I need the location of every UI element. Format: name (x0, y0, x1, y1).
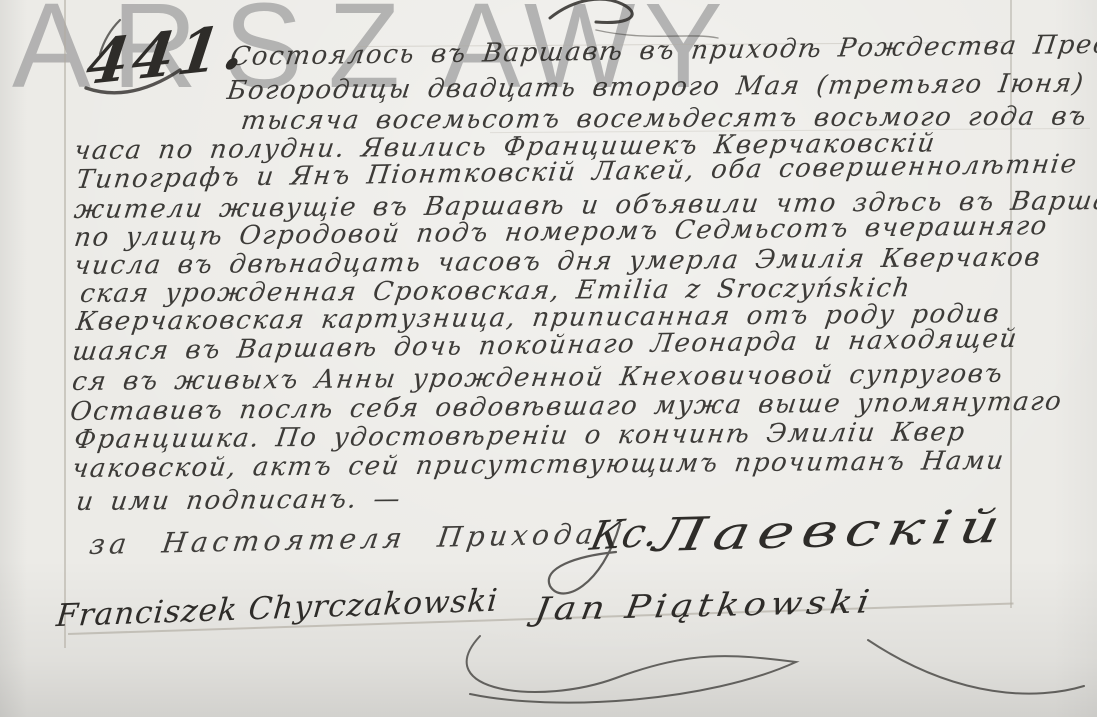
priest-signature: Лаевскій (650, 499, 1012, 562)
manuscript-line: и ими подписанъ. — (75, 486, 403, 515)
attestation-prefix: за Настоятеля Прихода (87, 517, 599, 561)
manuscript-line: чаковской, актъ сей присутствующимъ проч… (71, 448, 1007, 482)
margin-rule-left (64, 0, 66, 648)
scanned-record-page: A R S Z A W Y 441. Состоялось въ Варшавѣ… (0, 0, 1097, 717)
manuscript-line: тысяча восемьсотъ восемьдесятъ восьмого … (239, 103, 1097, 134)
watermark-letter: A (12, 0, 91, 107)
manuscript-line: Богородицы двадцать второго Мая (третьяг… (226, 71, 1087, 104)
witness-signature-jan: Jan Piątkowski (532, 582, 876, 628)
